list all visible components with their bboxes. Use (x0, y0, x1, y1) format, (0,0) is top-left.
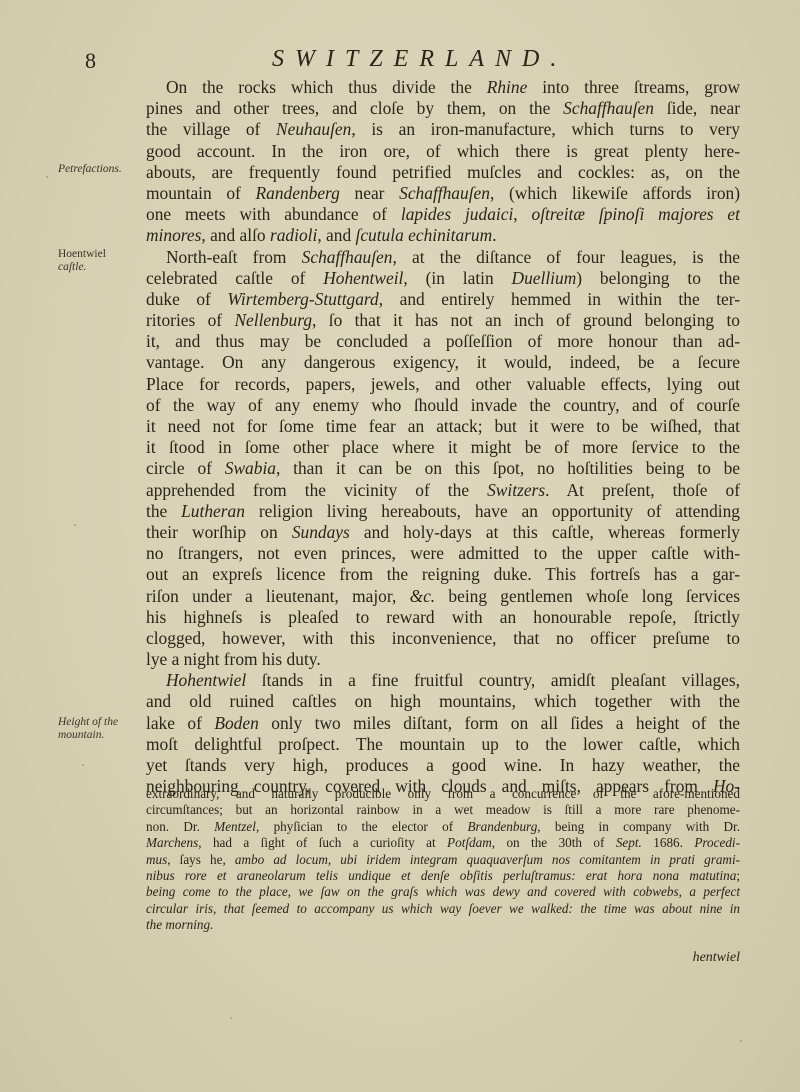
footnote-line: the morning. (146, 917, 740, 933)
text-line: North-eaſt from Schaffhauſen, at the diſ… (146, 247, 740, 268)
text-line: apprehended from the vicinity of the Swi… (146, 480, 740, 501)
text-line: minores, and alſo radioli, and ſcutula e… (146, 225, 740, 246)
text-line: lake of Boden only two miles diſtant, fo… (146, 713, 740, 734)
book-page: 8 SWITZERLAND. Petrefactions. Hoentwiel … (0, 0, 800, 1092)
footnote-line: Marchens, had a ſight of ſuch a curioſit… (146, 835, 740, 851)
text-line: clogged, however, with this inconvenienc… (146, 628, 740, 649)
paper-speck (740, 1040, 742, 1042)
text-line: out an expreſs licence from the reigning… (146, 564, 740, 585)
margin-note-height-of-mountain: Height of the mountain. (58, 716, 118, 742)
text-line: one meets with abundance of lapides juda… (146, 204, 740, 225)
text-line: pines and other trees, and cloſe by them… (146, 98, 740, 119)
margin-note-line: mountain. (58, 729, 104, 741)
text-line: the Lutheran religion living hereabouts,… (146, 501, 740, 522)
catchword: hentwiel (146, 950, 740, 966)
text-line: and old ruined caſtles on high mountains… (146, 691, 740, 712)
text-line: no ſtrangers, not even princes, were adm… (146, 543, 740, 564)
footnote-line: mus, ſays he, ambo ad locum, ubi iridem … (146, 852, 740, 868)
margin-note-hoentwiel-castle: Hoentwiel caſtle. (58, 248, 106, 274)
footnote-line: non. Dr. Mentzel, phyſician to the elect… (146, 819, 740, 835)
page-number: 8 (85, 48, 96, 74)
text-line: it ſtood in ſome other place where it mi… (146, 437, 740, 458)
margin-note-line: Hoentwiel (58, 248, 106, 260)
text-line: his highneſs is pleaſed to reward with a… (146, 607, 740, 628)
paper-speck (82, 764, 84, 766)
text-line: On the rocks which thus divide the Rhine… (146, 77, 740, 98)
text-line: ritories of Nellenburg, ſo that it has n… (146, 310, 740, 331)
footnote: extraordinary, and naturally producible … (146, 786, 740, 934)
text-line: lye a night from his duty. (146, 649, 740, 670)
text-line: good account. In the iron ore, of which … (146, 141, 740, 162)
footnote-line: circular iris, that ſeemed to accompany … (146, 901, 740, 917)
text-line: abouts, are frequently found petrified m… (146, 162, 740, 183)
margin-note-petrefactions: Petrefactions. (58, 163, 122, 176)
text-line: riſon under a lieutenant, major, &c. bei… (146, 586, 740, 607)
text-line: duke of Wirtemberg-Stuttgard, and entire… (146, 289, 740, 310)
main-text: On the rocks which thus divide the Rhine… (146, 77, 740, 797)
paper-speck (46, 176, 48, 178)
text-line: Place for records, papers, jewels, and o… (146, 374, 740, 395)
text-line: the village of Neuhauſen, is an iron-man… (146, 119, 740, 140)
text-line: celebrated caſtle of Hohentweil, (in lat… (146, 268, 740, 289)
footnote-line: nibus rore et araneolarum telis undique … (146, 868, 740, 884)
paper-speck (74, 524, 76, 526)
margin-note-line: caſtle. (58, 261, 86, 273)
text-line: it need not for ſome time fear an attack… (146, 416, 740, 437)
footnote-line: being come to the place, we ſaw on the g… (146, 884, 740, 900)
text-line: of the way of any enemy who ſhould invad… (146, 395, 740, 416)
text-line: moſt delightful proſpect. The mountain u… (146, 734, 740, 755)
footnote-line: extraordinary, and naturally producible … (146, 786, 740, 802)
text-line: vantage. On any dangerous exigency, it w… (146, 352, 740, 373)
text-line: their worſhip on Sundays and holy-days a… (146, 522, 740, 543)
footnote-line: circumſtances; but an horizontal rainbow… (146, 802, 740, 818)
paper-speck (230, 1017, 232, 1019)
margin-note-line: Height of the (58, 716, 118, 728)
text-line: mountain of Randenberg near Schaffhauſen… (146, 183, 740, 204)
text-line: yet ſtands very high, produces a good wi… (146, 755, 740, 776)
text-line: Hohentwiel ſtands in a fine fruitful cou… (146, 670, 740, 691)
margin-note-line: Petrefactions. (58, 163, 122, 175)
running-head: SWITZERLAND. (272, 46, 567, 73)
text-line: it, and thus may be concluded a poſſeſſi… (146, 331, 740, 352)
text-line: circle of Swabia, than it can be on this… (146, 458, 740, 479)
